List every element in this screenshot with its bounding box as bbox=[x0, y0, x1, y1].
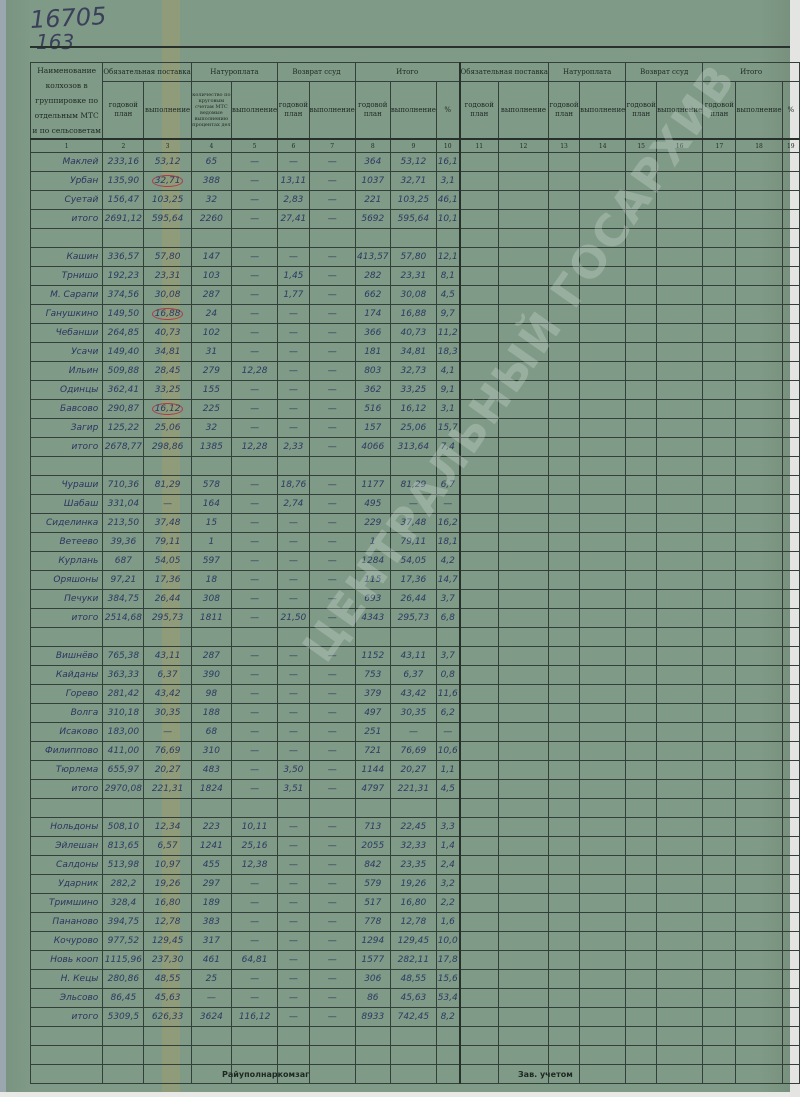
empty-cell bbox=[657, 267, 703, 286]
kolkhoz-name: Суетай bbox=[31, 191, 103, 210]
empty-cell bbox=[657, 229, 703, 248]
empty-cell bbox=[703, 571, 736, 590]
cell-value: 765,38 bbox=[103, 647, 144, 666]
cell-value: 2514,68 bbox=[103, 609, 144, 628]
cell-value: — bbox=[232, 723, 278, 742]
empty-cell bbox=[499, 666, 549, 685]
empty-cell bbox=[657, 362, 703, 381]
empty-cell bbox=[499, 153, 549, 172]
cell-value bbox=[103, 229, 144, 248]
table-row: Загир125,2225,0632———15725,0615,7 bbox=[31, 419, 800, 438]
empty-cell bbox=[736, 723, 782, 742]
empty-cell bbox=[499, 571, 549, 590]
table-row: Вишнёво765,3843,11287———115243,113,7 bbox=[31, 647, 800, 666]
cell-value: — bbox=[232, 400, 278, 419]
cell-value: 721 bbox=[355, 742, 390, 761]
cell-value: — bbox=[309, 932, 355, 951]
header-sub: годовой план bbox=[703, 82, 736, 140]
cell-value bbox=[436, 1046, 459, 1065]
empty-cell bbox=[657, 1027, 703, 1046]
empty-cell bbox=[703, 248, 736, 267]
empty-cell bbox=[499, 742, 549, 761]
empty-cell bbox=[657, 1065, 703, 1084]
empty-cell bbox=[499, 514, 549, 533]
empty-cell bbox=[626, 1065, 657, 1084]
empty-cell bbox=[703, 799, 736, 818]
empty-cell bbox=[657, 647, 703, 666]
cell-value: 181 bbox=[355, 343, 390, 362]
empty-cell bbox=[657, 780, 703, 799]
cell-value: 280,86 bbox=[103, 970, 144, 989]
cell-value: — bbox=[309, 666, 355, 685]
empty-cell bbox=[657, 875, 703, 894]
cell-value: 32,71 bbox=[144, 172, 191, 191]
empty-cell bbox=[657, 628, 703, 647]
cell-value: — bbox=[278, 913, 310, 932]
table-row: Ильин509,8828,4527912,28——80332,734,1 bbox=[31, 362, 800, 381]
cell-value: 362 bbox=[355, 381, 390, 400]
empty-cell bbox=[736, 476, 782, 495]
empty-cell bbox=[703, 742, 736, 761]
cell-value: 4066 bbox=[355, 438, 390, 457]
table-row: Трнишо192,2323,31103—1,45—28223,318,1 bbox=[31, 267, 800, 286]
cell-value: 10,1 bbox=[436, 210, 459, 229]
cell-value bbox=[191, 1027, 231, 1046]
empty-cell bbox=[703, 438, 736, 457]
header-sub: выполнение bbox=[144, 82, 191, 140]
empty-cell bbox=[782, 438, 799, 457]
cell-value: 388 bbox=[191, 172, 231, 191]
cell-value: 43,11 bbox=[390, 647, 436, 666]
cell-value: — bbox=[278, 989, 310, 1008]
empty-cell bbox=[548, 571, 579, 590]
cell-value bbox=[390, 628, 436, 647]
cell-value: 30,08 bbox=[144, 286, 191, 305]
empty-cell bbox=[580, 248, 626, 267]
empty-cell bbox=[782, 153, 799, 172]
column-number: 1 bbox=[31, 139, 103, 153]
empty-cell bbox=[626, 400, 657, 419]
empty-cell bbox=[580, 932, 626, 951]
ledger-rows: Маклей233,1653,1265———36453,1216,1Урбан1… bbox=[31, 153, 800, 1084]
empty-cell bbox=[580, 1046, 626, 1065]
empty-cell bbox=[736, 951, 782, 970]
kolkhoz-name: Усачи bbox=[31, 343, 103, 362]
cell-value: — bbox=[278, 818, 310, 837]
cell-value: 16,12 bbox=[390, 400, 436, 419]
empty-cell bbox=[626, 932, 657, 951]
empty-cell bbox=[460, 286, 499, 305]
cell-value: 98 bbox=[191, 685, 231, 704]
empty-cell bbox=[548, 875, 579, 894]
empty-cell bbox=[626, 248, 657, 267]
cell-value: 10,6 bbox=[436, 742, 459, 761]
table-row: Тримшино328,416,80189———51716,802,2 bbox=[31, 894, 800, 913]
empty-cell bbox=[460, 932, 499, 951]
cell-value: 6,8 bbox=[436, 609, 459, 628]
empty-cell bbox=[548, 704, 579, 723]
empty-cell bbox=[736, 552, 782, 571]
cell-value: — bbox=[278, 742, 310, 761]
empty-cell bbox=[626, 343, 657, 362]
cell-value: — bbox=[232, 742, 278, 761]
cell-value bbox=[390, 229, 436, 248]
cell-value: 753 bbox=[355, 666, 390, 685]
kolkhoz-name: Загир bbox=[31, 419, 103, 438]
cell-value: 12,78 bbox=[390, 913, 436, 932]
cell-value: 10,97 bbox=[144, 856, 191, 875]
cell-value: — bbox=[232, 761, 278, 780]
cell-value: — bbox=[309, 305, 355, 324]
empty-cell bbox=[657, 286, 703, 305]
cell-value: — bbox=[278, 324, 310, 343]
cell-value: — bbox=[232, 172, 278, 191]
cell-value: 455 bbox=[191, 856, 231, 875]
empty-cell bbox=[736, 875, 782, 894]
cell-value bbox=[232, 229, 278, 248]
empty-cell bbox=[580, 571, 626, 590]
cell-value: 3624 bbox=[191, 1008, 231, 1027]
empty-cell bbox=[782, 248, 799, 267]
cell-value: 221,31 bbox=[390, 780, 436, 799]
cell-value: 116,12 bbox=[232, 1008, 278, 1027]
cell-value: 1385 bbox=[191, 438, 231, 457]
cell-value: 379 bbox=[355, 685, 390, 704]
cell-value: 287 bbox=[191, 286, 231, 305]
circled-value: 16,12 bbox=[152, 403, 184, 415]
column-number: 19 bbox=[782, 139, 799, 153]
empty-cell bbox=[782, 286, 799, 305]
cell-value: 147 bbox=[191, 248, 231, 267]
empty-cell bbox=[499, 286, 549, 305]
empty-cell bbox=[703, 267, 736, 286]
empty-cell bbox=[548, 818, 579, 837]
cell-value: 4,5 bbox=[436, 780, 459, 799]
empty-cell bbox=[626, 723, 657, 742]
header-sub: % bbox=[436, 82, 459, 140]
kolkhoz-name: Урбан bbox=[31, 172, 103, 191]
empty-cell bbox=[460, 571, 499, 590]
cell-value: 17,8 bbox=[436, 951, 459, 970]
empty-cell bbox=[548, 1008, 579, 1027]
empty-cell bbox=[580, 324, 626, 343]
cell-value: — bbox=[309, 248, 355, 267]
empty-cell bbox=[460, 1046, 499, 1065]
empty-cell bbox=[703, 989, 736, 1008]
cell-value: 57,80 bbox=[390, 248, 436, 267]
empty-cell bbox=[703, 685, 736, 704]
cell-value: 22,45 bbox=[390, 818, 436, 837]
kolkhoz-name: Чебанши bbox=[31, 324, 103, 343]
cell-value bbox=[436, 799, 459, 818]
empty-cell bbox=[657, 742, 703, 761]
empty-cell bbox=[499, 647, 549, 666]
empty-cell bbox=[580, 704, 626, 723]
cell-value bbox=[103, 1065, 144, 1084]
table-row: Маклей233,1653,1265———36453,1216,1 bbox=[31, 153, 800, 172]
column-number: 10 bbox=[436, 139, 459, 153]
cell-value: 290,87 bbox=[103, 400, 144, 419]
cell-value: — bbox=[144, 495, 191, 514]
cell-value: 24 bbox=[191, 305, 231, 324]
cell-value: — bbox=[232, 419, 278, 438]
table-row: Кашин336,5757,80147———413,5757,8012,1 bbox=[31, 248, 800, 267]
empty-cell bbox=[460, 419, 499, 438]
empty-cell bbox=[580, 153, 626, 172]
cell-value: 27,41 bbox=[278, 210, 310, 229]
empty-cell bbox=[626, 267, 657, 286]
empty-cell bbox=[548, 761, 579, 780]
cell-value: 778 bbox=[355, 913, 390, 932]
empty-cell bbox=[460, 191, 499, 210]
cell-value: 595,64 bbox=[144, 210, 191, 229]
cell-value: 2678,77 bbox=[103, 438, 144, 457]
cell-value bbox=[355, 1027, 390, 1046]
empty-cell bbox=[782, 666, 799, 685]
empty-cell bbox=[626, 1008, 657, 1027]
cell-value: — bbox=[232, 609, 278, 628]
kolkhoz-name: Волга bbox=[31, 704, 103, 723]
empty-cell bbox=[548, 1027, 579, 1046]
cell-value bbox=[278, 799, 310, 818]
empty-cell bbox=[782, 1027, 799, 1046]
cell-value: 156,47 bbox=[103, 191, 144, 210]
empty-cell bbox=[460, 229, 499, 248]
empty-cell bbox=[736, 666, 782, 685]
empty-cell bbox=[736, 761, 782, 780]
cell-value: 579 bbox=[355, 875, 390, 894]
cell-value: 76,69 bbox=[144, 742, 191, 761]
cell-value: — bbox=[232, 647, 278, 666]
header-group: Натуроплата bbox=[548, 63, 625, 82]
table-row: Курлань68754,05597———128454,054,2 bbox=[31, 552, 800, 571]
cell-value: 17,36 bbox=[144, 571, 191, 590]
cell-value: 2691,12 bbox=[103, 210, 144, 229]
cell-value: 221,31 bbox=[144, 780, 191, 799]
cell-value bbox=[144, 628, 191, 647]
empty-cell bbox=[703, 305, 736, 324]
cell-value: 366 bbox=[355, 324, 390, 343]
header-sub: % bbox=[782, 82, 799, 140]
cell-value: 30,35 bbox=[144, 704, 191, 723]
cell-value: — bbox=[232, 324, 278, 343]
cell-value: 1 bbox=[355, 533, 390, 552]
cell-value bbox=[355, 1065, 390, 1084]
cell-value: 157 bbox=[355, 419, 390, 438]
empty-cell bbox=[782, 476, 799, 495]
cell-value: 16,88 bbox=[390, 305, 436, 324]
empty-cell bbox=[657, 590, 703, 609]
empty-cell bbox=[548, 210, 579, 229]
empty-cell bbox=[460, 248, 499, 267]
kolkhoz-name: Вишнёво bbox=[31, 647, 103, 666]
cell-value: — bbox=[232, 685, 278, 704]
cell-value: 5309,5 bbox=[103, 1008, 144, 1027]
cell-value: 15,7 bbox=[436, 419, 459, 438]
empty-cell bbox=[580, 381, 626, 400]
cell-value: 390 bbox=[191, 666, 231, 685]
cell-value: 1152 bbox=[355, 647, 390, 666]
empty-cell bbox=[580, 894, 626, 913]
cell-value: — bbox=[309, 647, 355, 666]
cell-value: 43,42 bbox=[390, 685, 436, 704]
empty-cell bbox=[736, 153, 782, 172]
empty-cell bbox=[580, 172, 626, 191]
cell-value: — bbox=[309, 875, 355, 894]
cell-value: 1811 bbox=[191, 609, 231, 628]
cell-value: 11,6 bbox=[436, 685, 459, 704]
empty-cell bbox=[782, 324, 799, 343]
empty-cell bbox=[703, 1027, 736, 1046]
cell-value: 48,55 bbox=[144, 970, 191, 989]
empty-cell bbox=[580, 609, 626, 628]
kolkhoz-name: итого bbox=[31, 438, 103, 457]
cell-value: 64,81 bbox=[232, 951, 278, 970]
empty-cell bbox=[580, 514, 626, 533]
cell-value: 192,23 bbox=[103, 267, 144, 286]
cell-value: 4,5 bbox=[436, 286, 459, 305]
footer-signature-right: Зав. учетом bbox=[518, 1070, 573, 1079]
cell-value: — bbox=[309, 381, 355, 400]
empty-cell bbox=[626, 609, 657, 628]
column-number: 7 bbox=[309, 139, 355, 153]
cell-value: 1294 bbox=[355, 932, 390, 951]
cell-value: — bbox=[309, 970, 355, 989]
empty-cell bbox=[703, 153, 736, 172]
empty-cell bbox=[736, 438, 782, 457]
column-number: 15 bbox=[626, 139, 657, 153]
kolkhoz-name: итого bbox=[31, 780, 103, 799]
empty-cell bbox=[782, 172, 799, 191]
cell-value: — bbox=[232, 286, 278, 305]
empty-cell bbox=[548, 932, 579, 951]
empty-cell bbox=[626, 913, 657, 932]
empty-cell bbox=[736, 894, 782, 913]
cell-value: 54,05 bbox=[390, 552, 436, 571]
empty-cell bbox=[626, 229, 657, 248]
empty-cell bbox=[782, 514, 799, 533]
empty-cell bbox=[626, 742, 657, 761]
empty-cell bbox=[657, 571, 703, 590]
column-number: 13 bbox=[548, 139, 579, 153]
empty-cell bbox=[782, 818, 799, 837]
cell-value: 16,80 bbox=[390, 894, 436, 913]
cell-value: 37,48 bbox=[390, 514, 436, 533]
kolkhoz-name: Нольдоны bbox=[31, 818, 103, 837]
empty-cell bbox=[782, 989, 799, 1008]
empty-cell bbox=[548, 970, 579, 989]
empty-cell bbox=[736, 343, 782, 362]
empty-cell bbox=[580, 989, 626, 1008]
empty-cell bbox=[657, 970, 703, 989]
cell-value: 4797 bbox=[355, 780, 390, 799]
cell-value: 37,48 bbox=[144, 514, 191, 533]
empty-cell bbox=[460, 210, 499, 229]
empty-cell bbox=[703, 172, 736, 191]
empty-cell bbox=[460, 1065, 499, 1084]
table-row: Горево281,4243,4298———37943,4211,6 bbox=[31, 685, 800, 704]
empty-cell bbox=[460, 1027, 499, 1046]
empty-cell bbox=[460, 153, 499, 172]
cell-value: 8933 bbox=[355, 1008, 390, 1027]
cell-value: 39,36 bbox=[103, 533, 144, 552]
table-row bbox=[31, 628, 800, 647]
cell-value: 279 bbox=[191, 362, 231, 381]
cell-value: 25,16 bbox=[232, 837, 278, 856]
cell-value: 30,35 bbox=[390, 704, 436, 723]
kolkhoz-name: итого bbox=[31, 210, 103, 229]
cell-value: 16,12 bbox=[144, 400, 191, 419]
empty-cell bbox=[657, 419, 703, 438]
kolkhoz-name: Шабаш bbox=[31, 495, 103, 514]
cell-value: — bbox=[309, 704, 355, 723]
empty-cell bbox=[782, 951, 799, 970]
cell-value: 81,29 bbox=[390, 476, 436, 495]
cell-value: 20,27 bbox=[144, 761, 191, 780]
cell-value: 16,1 bbox=[436, 153, 459, 172]
header-sub: годовой план bbox=[626, 82, 657, 140]
cell-value: 40,73 bbox=[390, 324, 436, 343]
cell-value: — bbox=[232, 476, 278, 495]
empty-cell bbox=[580, 1008, 626, 1027]
cell-value: — bbox=[232, 894, 278, 913]
cell-value: 28,45 bbox=[144, 362, 191, 381]
empty-cell bbox=[736, 191, 782, 210]
empty-cell bbox=[460, 875, 499, 894]
empty-cell bbox=[548, 799, 579, 818]
cell-value: 1824 bbox=[191, 780, 231, 799]
cell-value bbox=[278, 1046, 310, 1065]
empty-cell bbox=[736, 970, 782, 989]
cell-value: 411,00 bbox=[103, 742, 144, 761]
empty-cell bbox=[548, 590, 579, 609]
cell-value bbox=[436, 457, 459, 476]
cell-value bbox=[390, 1027, 436, 1046]
empty-cell bbox=[657, 153, 703, 172]
cell-value: 3,51 bbox=[278, 780, 310, 799]
cell-value: 282 bbox=[355, 267, 390, 286]
kolkhoz-name bbox=[31, 457, 103, 476]
cell-value: 693 bbox=[355, 590, 390, 609]
cell-value: 221 bbox=[355, 191, 390, 210]
cell-value: 103,25 bbox=[144, 191, 191, 210]
cell-value: — bbox=[278, 1008, 310, 1027]
empty-cell bbox=[736, 932, 782, 951]
cell-value: 30,08 bbox=[390, 286, 436, 305]
cell-value bbox=[232, 457, 278, 476]
cell-value: 43,11 bbox=[144, 647, 191, 666]
cell-value: 331,04 bbox=[103, 495, 144, 514]
column-number: 8 bbox=[355, 139, 390, 153]
cell-value: 517 bbox=[355, 894, 390, 913]
cell-value: 155 bbox=[191, 381, 231, 400]
cell-value: 129,45 bbox=[390, 932, 436, 951]
cell-value: 6,37 bbox=[144, 666, 191, 685]
empty-cell bbox=[657, 837, 703, 856]
cell-value: — bbox=[309, 400, 355, 419]
empty-cell bbox=[657, 951, 703, 970]
cell-value: 43,42 bbox=[144, 685, 191, 704]
cell-value: — bbox=[232, 267, 278, 286]
empty-cell bbox=[626, 571, 657, 590]
cell-value: 662 bbox=[355, 286, 390, 305]
cell-value: — bbox=[309, 590, 355, 609]
empty-cell bbox=[580, 1027, 626, 1046]
empty-cell bbox=[782, 552, 799, 571]
cell-value: 12,34 bbox=[144, 818, 191, 837]
cell-value: 6,57 bbox=[144, 837, 191, 856]
cell-value: 10,0 bbox=[436, 932, 459, 951]
